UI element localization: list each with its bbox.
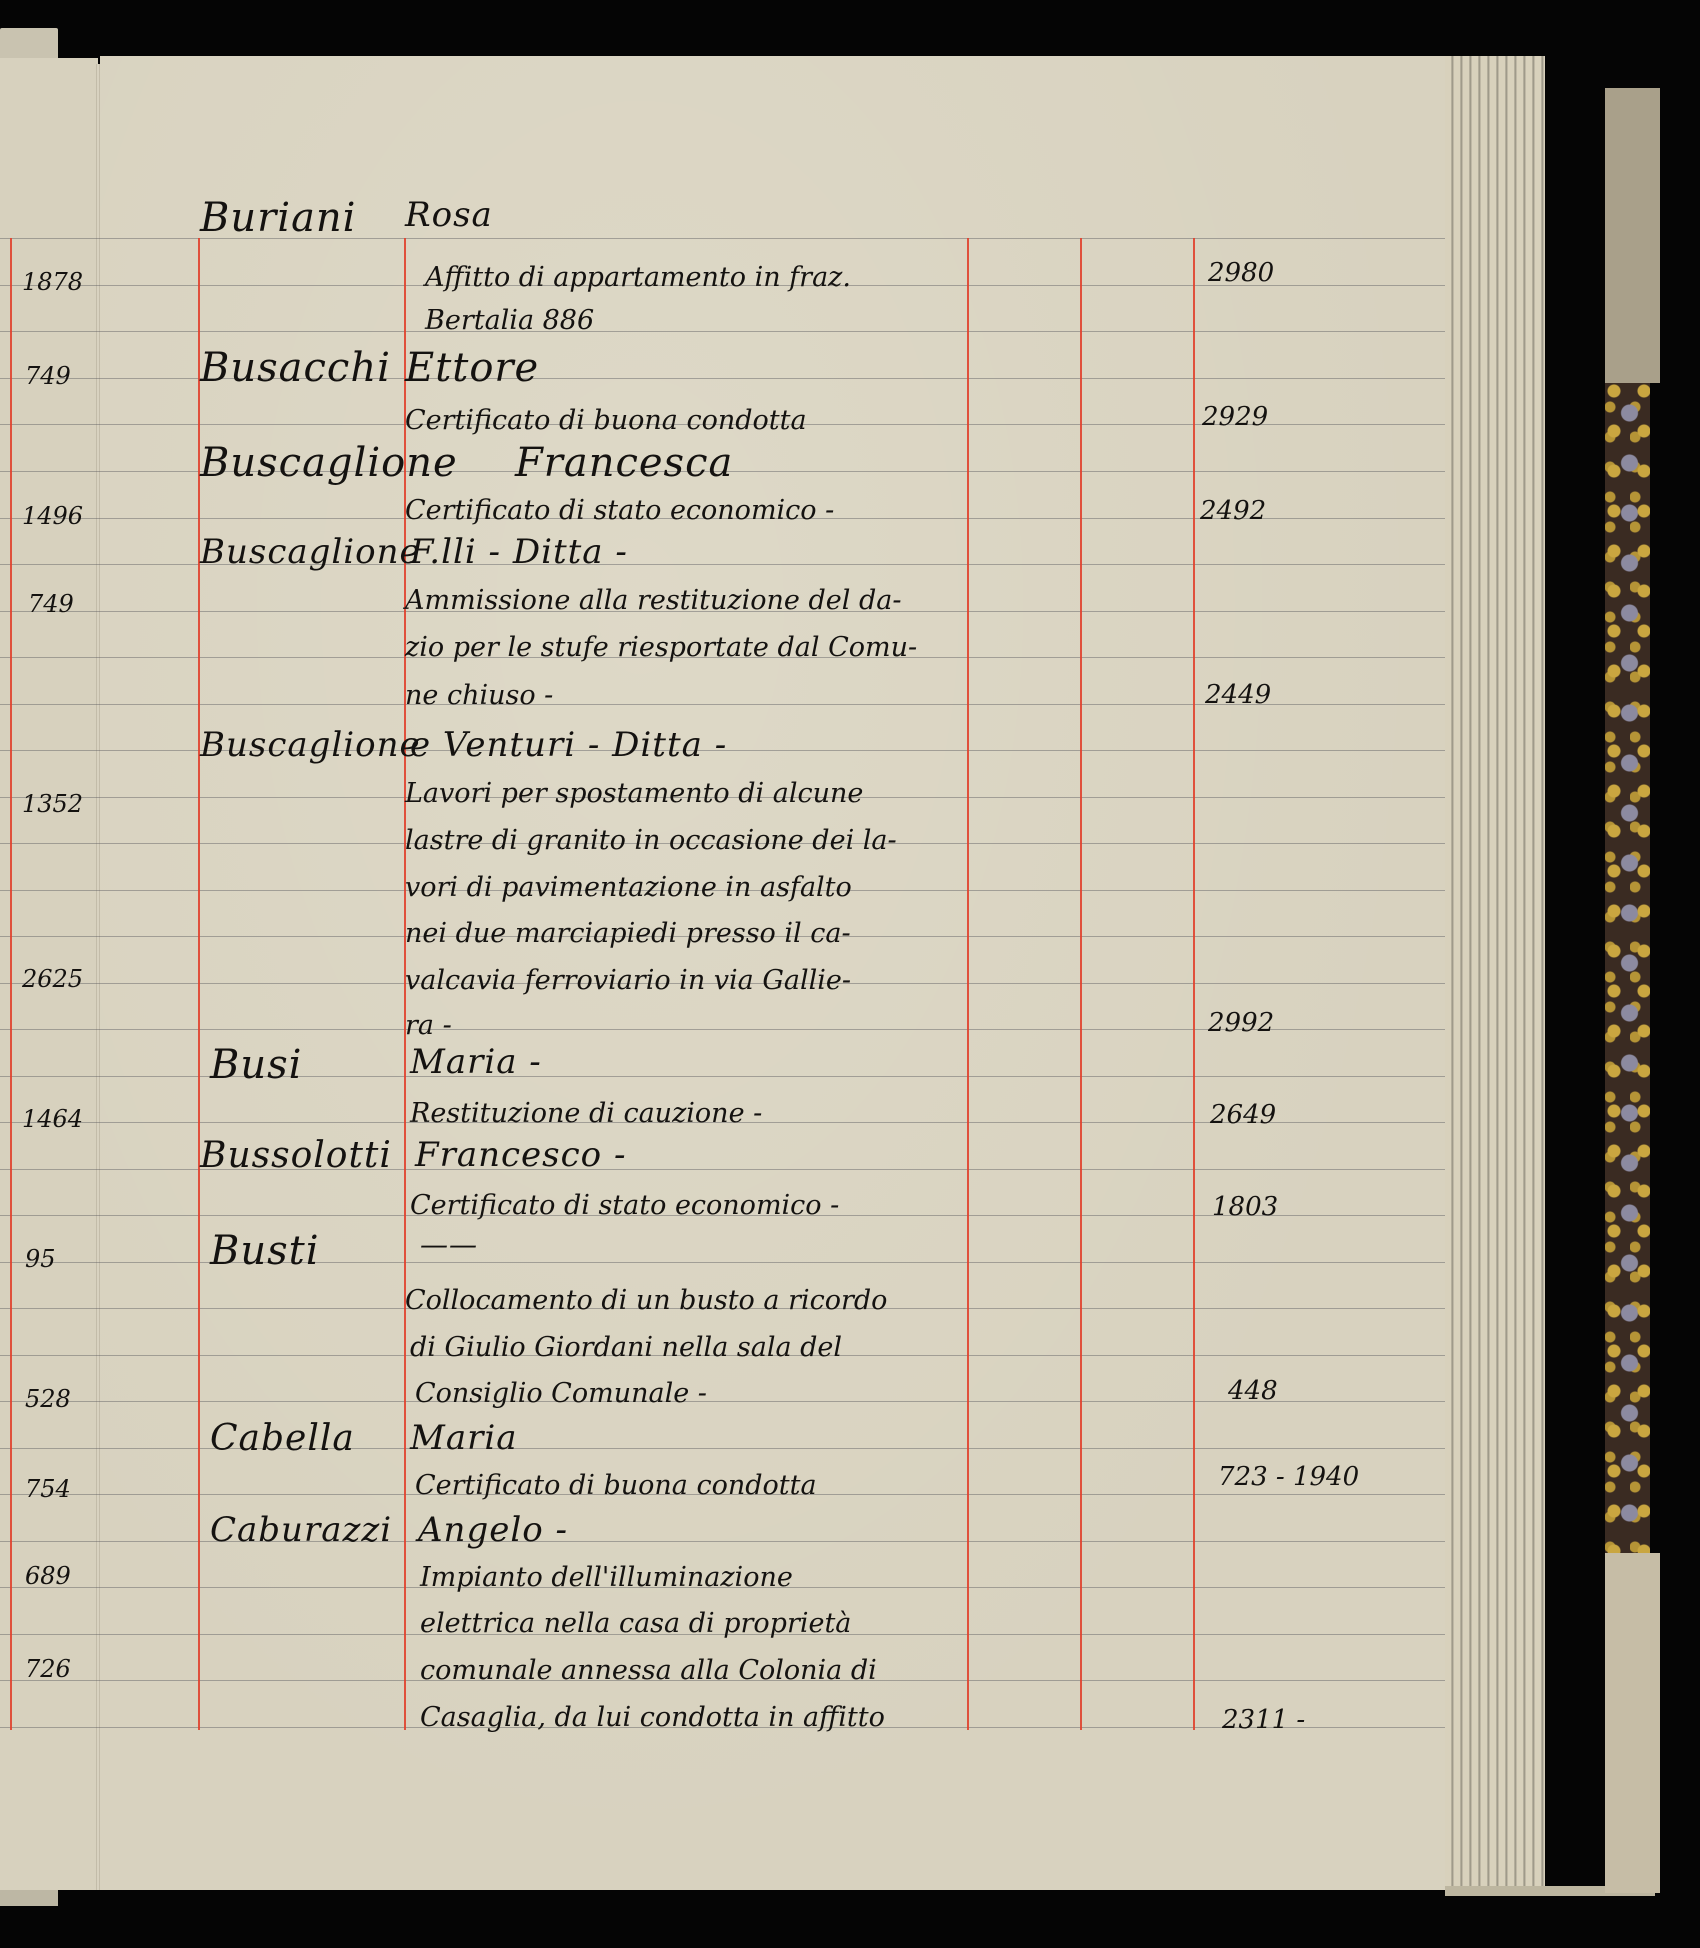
entry-reference-number: 2649 xyxy=(1210,1100,1276,1130)
entry-description-line: Restituzione di cauzione - xyxy=(410,1098,762,1129)
entry-protocol-number: 528 xyxy=(25,1385,71,1413)
entry-surname: Busacchi xyxy=(200,345,391,391)
entry-protocol-number: 1352 xyxy=(22,790,83,818)
entry-description-line: Consiglio Comunale - xyxy=(415,1378,707,1409)
entry-description-line: di Giulio Giordani nella sala del xyxy=(410,1332,842,1363)
entry-description-line: Certificato di buona condotta xyxy=(415,1470,817,1501)
entry-description-line: Impianto dell'illuminazione xyxy=(420,1562,793,1593)
entry-description-line: Certificato di buona condotta xyxy=(405,405,807,436)
entry-description-line: Ammissione alla restituzione del da- xyxy=(405,585,901,616)
entry-surname: Cabella xyxy=(210,1418,355,1459)
entry-reference-number: 2492 xyxy=(1200,496,1266,526)
page-stack-edge xyxy=(1445,56,1545,1894)
entry-description-line: comunale annessa alla Colonia di xyxy=(420,1655,877,1686)
entry-surname: Busi xyxy=(210,1042,302,1088)
entry-protocol-number: 95 xyxy=(25,1245,56,1273)
entry-given-name: Ettore xyxy=(405,345,539,391)
book-cover-corner-bottom xyxy=(0,1890,58,1906)
entry-description-line: zio per le stufe riesportate dal Comu- xyxy=(405,632,917,663)
entry-reference-number: 2929 xyxy=(1202,402,1268,432)
entry-reference-number: 2449 xyxy=(1205,680,1271,710)
entry-protocol-number: 1878 xyxy=(22,268,83,296)
marbled-cover xyxy=(1605,383,1650,1553)
entry-reference-number: 2980 xyxy=(1208,258,1274,288)
entry-given-name: Angelo - xyxy=(418,1510,568,1550)
entry-protocol-number: 749 xyxy=(25,362,71,390)
entry-description-line: nei due marciapiedi presso il ca- xyxy=(405,918,851,949)
entry-protocol-number: 749 xyxy=(28,590,74,618)
entry-surname: Bussolotti xyxy=(200,1135,392,1176)
entry-given-name: Francesco - xyxy=(415,1135,626,1175)
entry-description-line: lastre di granito in occasione dei la- xyxy=(405,825,897,856)
book-cover-corner xyxy=(0,28,58,60)
entry-surname: Buscaglione xyxy=(200,725,421,765)
entry-given-name: F.lli - Ditta - xyxy=(410,532,628,572)
entry-description-line: ne chiuso - xyxy=(405,680,553,711)
entry-surname: Busti xyxy=(210,1228,320,1274)
entry-description-line: vori di pavimentazione in asfalto xyxy=(405,872,852,903)
entry-description-line: Collocamento di un busto a ricordo xyxy=(405,1285,887,1316)
entry-description-line: ra - xyxy=(405,1010,452,1041)
entry-description-line: Certificato di stato economico - xyxy=(405,495,834,526)
entry-protocol-number: 689 xyxy=(25,1562,71,1590)
entry-protocol-number: 1496 xyxy=(22,502,83,530)
entry-reference-number: 1803 xyxy=(1212,1192,1278,1222)
entry-description-line: Bertalia 886 xyxy=(425,305,594,336)
entry-reference-number: 2992 xyxy=(1208,1008,1274,1038)
entry-given-name: e Venturi - Ditta - xyxy=(410,725,727,765)
entry-protocol-number: 2625 xyxy=(22,965,83,993)
entry-description-line: Lavori per spostamento di alcune xyxy=(405,778,863,809)
entry-description-line: Casaglia, da lui condotta in affitto xyxy=(420,1702,885,1733)
entry-description-line: Affitto di appartamento in fraz. xyxy=(425,262,851,293)
entry-given-name: Rosa xyxy=(405,195,493,235)
cover-vellum-bottom xyxy=(1605,1553,1660,1893)
entry-reference-number: 2311 - xyxy=(1222,1705,1305,1735)
entry-description-line: valcavia ferroviario in via Gallie- xyxy=(405,965,851,996)
entry-given-name: Maria - xyxy=(410,1042,542,1082)
entry-given-name: Maria xyxy=(410,1418,517,1458)
entry-surname: Buriani xyxy=(200,195,356,241)
entry-protocol-number: 1464 xyxy=(22,1105,83,1133)
entry-given-name: Francesca xyxy=(515,440,733,486)
entry-description-line: elettrica nella casa di proprietà xyxy=(420,1608,851,1639)
entry-surname: Caburazzi xyxy=(210,1510,392,1550)
entry-reference-number: 448 xyxy=(1228,1376,1278,1406)
cover-vellum-top xyxy=(1605,88,1660,383)
entry-surname: Buscaglione xyxy=(200,440,458,486)
entry-protocol-number: 754 xyxy=(25,1475,71,1503)
book-gutter xyxy=(96,64,100,1890)
entry-surname: Buscaglione xyxy=(200,532,421,572)
entry-given-name-dash: —— xyxy=(420,1228,478,1261)
entry-reference-number: 723 - 1940 xyxy=(1218,1462,1359,1492)
entry-protocol-number: 726 xyxy=(25,1655,71,1683)
entry-description-line: Certificato di stato economico - xyxy=(410,1190,839,1221)
